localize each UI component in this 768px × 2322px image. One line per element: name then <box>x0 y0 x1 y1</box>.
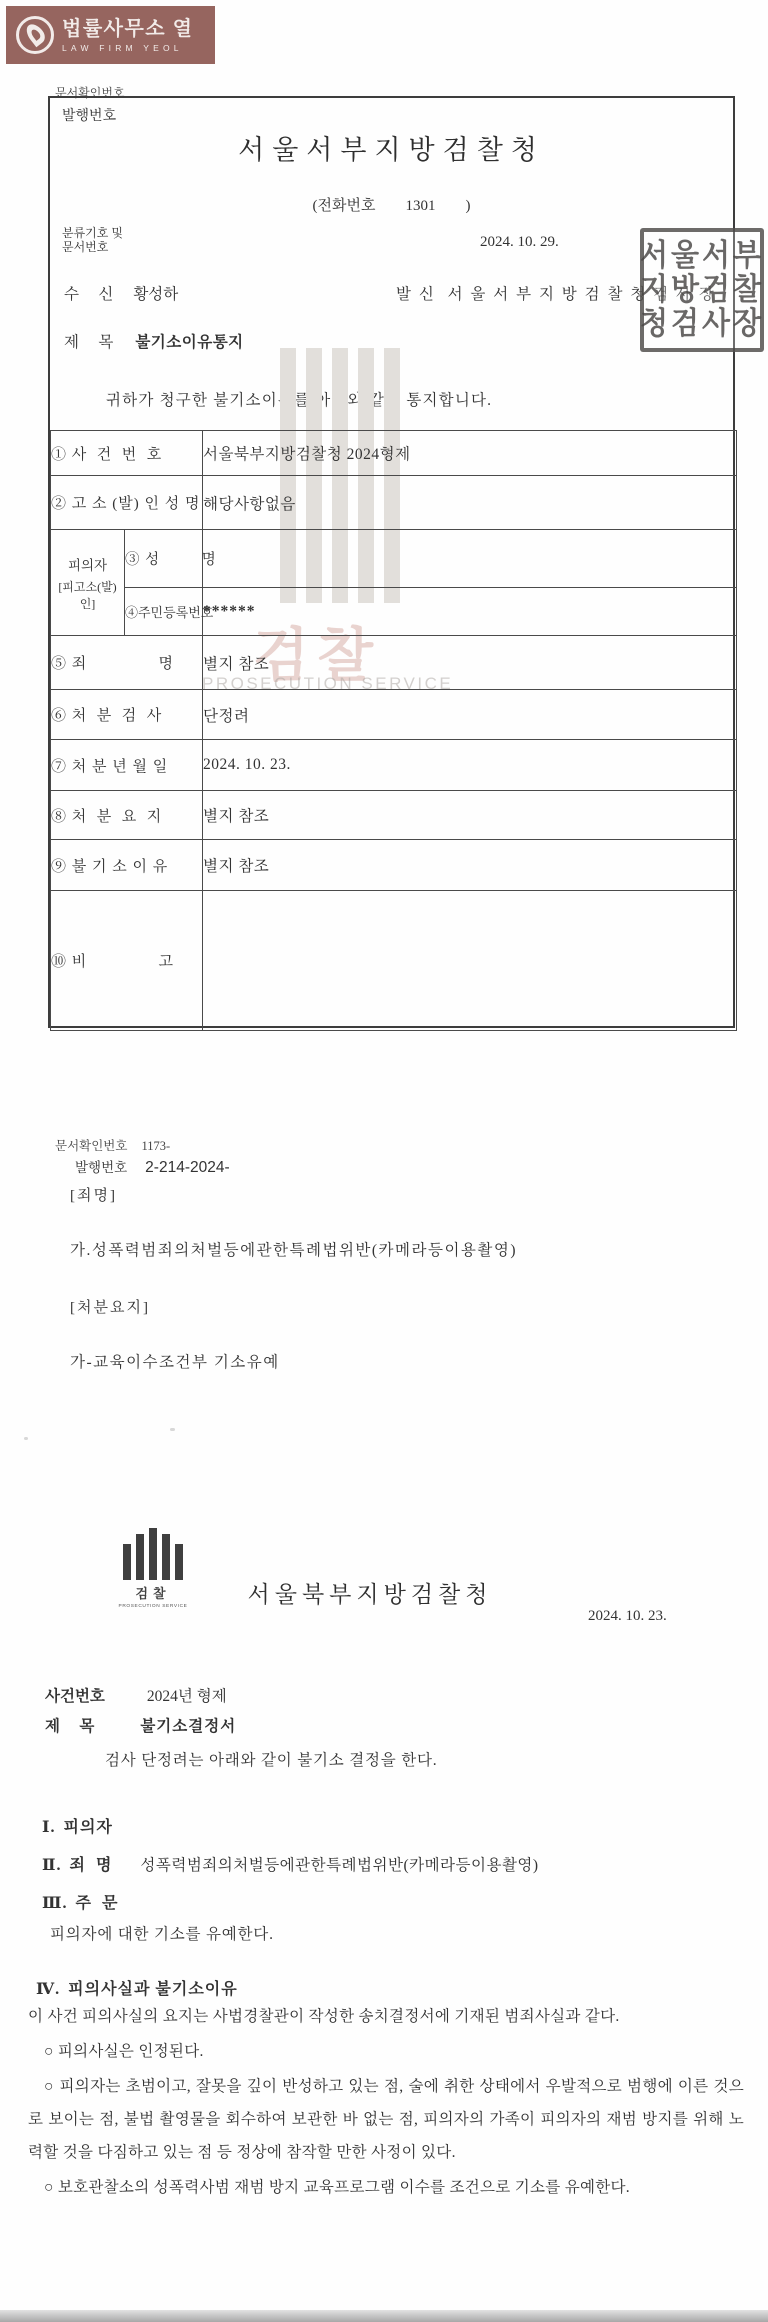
row-value: 2024. 10. 23. <box>203 740 737 791</box>
row-value: 별지 참조 <box>203 840 737 891</box>
row-label: ⑦ 처 분 년 월 일 <box>51 740 203 791</box>
section-suspect: Ⅰ.피의자 <box>42 1814 113 1837</box>
row-value: 별지 참조 <box>203 636 737 690</box>
row-value <box>203 891 737 1031</box>
case-number-label: 사건번호 <box>45 1688 105 1705</box>
recipient-line: 수 신황성하 <box>64 282 178 304</box>
scan-speck <box>170 1428 175 1431</box>
section-crime: Ⅱ.죄 명성폭력범죄의처벌등에관한특례법위반(카메라등이용촬영) <box>42 1852 539 1875</box>
classification-label: 분류기호 및 문서번호 <box>62 226 123 254</box>
disposition-header: [처분요지] <box>70 1296 150 1317</box>
issue-number-line: 발행번호2-214-2024- <box>75 1156 230 1177</box>
page2-subject-line: 제 목불기소결정서 <box>45 1714 236 1736</box>
body-paragraph: 이 사건 피의사실의 요지는 사법경찰관이 작성한 송치결정서에 기재된 범죄사… <box>28 2000 744 2033</box>
law-firm-flame-icon <box>16 16 54 54</box>
crime-name-header: [죄명] <box>70 1184 117 1205</box>
phone-line: (전화번호 1301 ) <box>50 194 733 215</box>
table-row: 피의자 [피고소(발)인] ③ 성 명 <box>51 530 737 588</box>
table-row: ④주민등록번호 ****** <box>51 588 737 636</box>
row-label: ⑧ 처 분 요 지 <box>51 791 203 840</box>
page2-subject-label: 제 목 <box>45 1718 94 1735</box>
body-paragraph: ○ 피의자는 초범이고, 잘못을 깊이 반성하고 있는 점, 술에 취한 상태에… <box>28 2070 744 2169</box>
row-value: 단정려 <box>203 690 737 740</box>
table-row: ⑨ 불 기 소 이 유 별지 참조 <box>51 840 737 891</box>
body-paragraph: ○ 보호관찰소의 성폭력사범 재범 방지 교육프로그램 이수를 조건으로 기소를… <box>28 2171 744 2204</box>
row-label: ⑤ 죄 명 <box>51 636 203 690</box>
row-value: 서울북부지방검찰청 2024형제 <box>203 431 737 476</box>
suspect-group-label: 피의자 [피고소(발)인] <box>51 530 125 636</box>
case-number-line: 사건번호2024년 형제 <box>45 1684 227 1706</box>
case-number-value: 2024년 형제 <box>147 1688 227 1705</box>
scan-speck <box>24 1437 28 1440</box>
doc-check-number-line: 문서확인번호1173- <box>55 1136 170 1154</box>
row-label: ⑥ 처 분 검 사 <box>51 690 203 740</box>
reasons-body: 이 사건 피의사실의 요지는 사법경찰관이 작성한 송치결정서에 기재된 범죄사… <box>28 2000 744 2206</box>
row-label: ⑨ 불 기 소 이 유 <box>51 840 203 891</box>
table-row: ⑤ 죄 명 별지 참조 <box>51 636 737 690</box>
issue-number-value: 2-214-2024- <box>145 1159 229 1176</box>
table-row: ② 고 소 (발) 인 성 명 해당사항없음 <box>51 476 737 530</box>
office-title: 서울서부지방검찰청 <box>50 128 733 167</box>
row-label: ④주민등록번호 <box>125 588 203 636</box>
law-firm-name-en: LAW FIRM YEOL <box>62 43 193 53</box>
table-row: ⑥ 처 분 검 사 단정려 <box>51 690 737 740</box>
notice-box: 발행번호 서울서부지방검찰청 (전화번호 1301 ) 분류기호 및 문서번호 … <box>48 96 735 1028</box>
row-value <box>203 530 737 588</box>
case-detail-table: ① 사 건 번 호 서울북부지방검찰청 2024형제 ② 고 소 (발) 인 성… <box>50 430 737 1031</box>
scanned-legal-document: 법률사무소 열 LAW FIRM YEOL 문서확인번호 발행번호 서울서부지방… <box>0 0 768 2322</box>
table-row: ⑩ 비 고 <box>51 891 737 1031</box>
recipient-name: 황성하 <box>133 286 178 303</box>
subject-value: 불기소이유통지 <box>135 334 243 351</box>
row-label: ② 고 소 (발) 인 성 명 <box>51 476 203 530</box>
table-row: ① 사 건 번 호 서울북부지방검찰청 2024형제 <box>51 431 737 476</box>
crime-name-line: 가.성폭력범죄의처벌등에관한특례법위반(카메라등이용촬영) <box>70 1238 517 1260</box>
section-facts-reasons: Ⅳ.피의사실과 불기소이유 <box>36 1976 238 1999</box>
disposition-line: 가-교육이수조건부 기소유예 <box>70 1350 280 1372</box>
issue-number-label: 발행번호 <box>62 105 116 125</box>
law-firm-logo-banner: 법률사무소 열 LAW FIRM YEOL <box>6 6 215 64</box>
subject-line: 제 목불기소이유통지 <box>64 330 244 352</box>
doc-check-number-value: 1173- <box>141 1139 170 1153</box>
section-order: Ⅲ.주 문 <box>42 1890 118 1913</box>
page2-date: 2024. 10. 23. <box>588 1608 667 1625</box>
prosecution-bars-icon <box>116 1532 190 1580</box>
decision-sentence: 검사 단정려는 아래와 같이 불기소 결정을 한다. <box>105 1748 437 1770</box>
section-crime-value: 성폭력범죄의처벌등에관한특례법위반(카메라등이용촬영) <box>140 1857 538 1874</box>
row-label: ③ 성 명 <box>125 530 203 588</box>
subject-label: 제 목 <box>64 334 113 351</box>
row-label: ① 사 건 번 호 <box>51 431 203 476</box>
notice-date: 2024. 10. 29. <box>480 234 559 251</box>
body-paragraph: ○ 피의사실은 인정된다. <box>28 2035 744 2068</box>
table-row: ⑧ 처 분 요 지 별지 참조 <box>51 791 737 840</box>
page2-subject-value: 불기소결정서 <box>140 1718 236 1735</box>
row-value: ****** <box>203 588 737 636</box>
section-order-body: 피의자에 대한 기소를 유예한다. <box>50 1922 274 1944</box>
recipient-label: 수 신 <box>64 286 113 303</box>
scan-edge-shadow <box>0 2310 768 2322</box>
table-row: ⑦ 처 분 년 월 일 2024. 10. 23. <box>51 740 737 791</box>
page2-office-title: 서울북부지방검찰청 <box>170 1576 570 1609</box>
row-value: 별지 참조 <box>203 791 737 840</box>
row-value: 해당사항없음 <box>203 476 737 530</box>
law-firm-name-kr: 법률사무소 열 <box>62 18 193 40</box>
official-seal-stamp: 서울서부 지방검찰 청검사장 <box>640 228 764 352</box>
row-label: ⑩ 비 고 <box>51 891 203 1031</box>
